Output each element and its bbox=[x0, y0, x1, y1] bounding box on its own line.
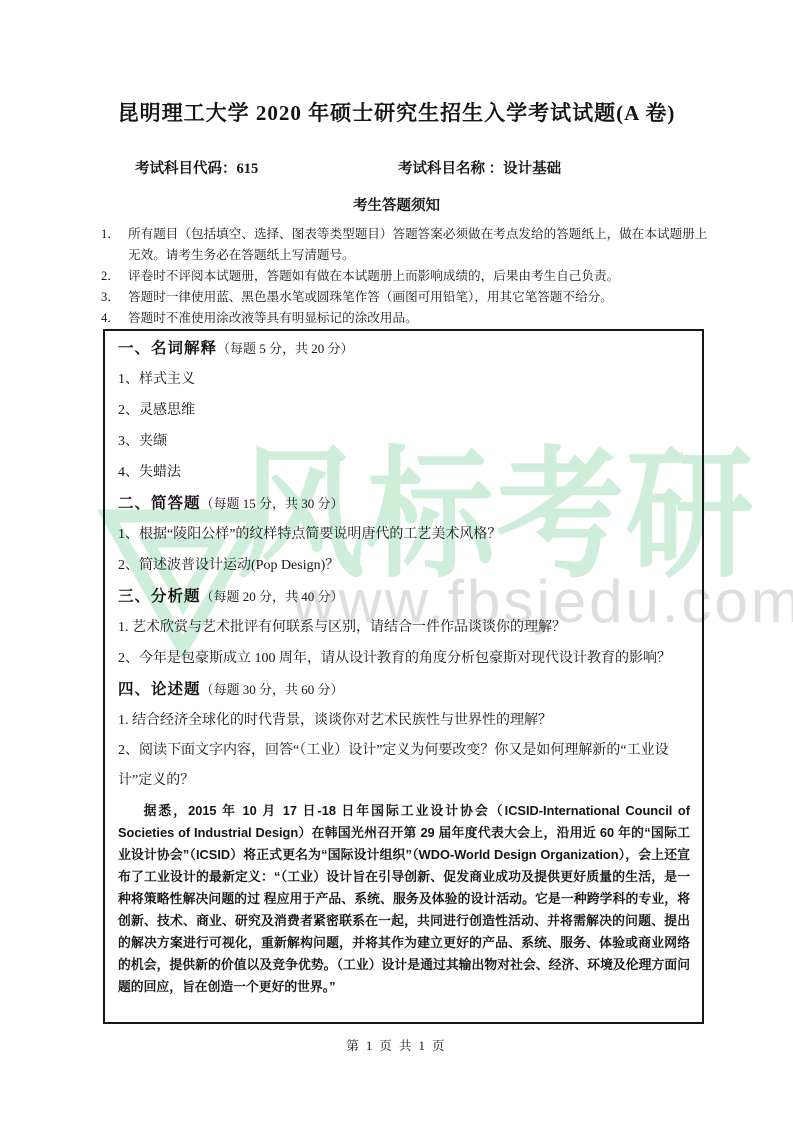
section-score-note: （每题 30 分，共 60 分） bbox=[201, 682, 344, 697]
page-number: 第 1 页 共 1 页 bbox=[0, 1036, 793, 1054]
question-item: 2、阅读下面文字内容，回答“（工业）设计”定义为何要改变？你又是如何理解新的“工… bbox=[118, 736, 690, 796]
section-title: 二、简答题 bbox=[118, 495, 201, 512]
notice-item: 4． 答题时不准使用涂改液等具有明显标记的涂改用品。 bbox=[101, 308, 713, 329]
exam-paper-page: 风标考研 www.fbsjedu.com 昆明理工大学 2020 年硕士研究生招… bbox=[0, 0, 793, 1122]
notice-item-text: 所有题目（包括填空、选择、图表等类型题目）答题答案必须做在考点发给的答题纸上，做… bbox=[128, 224, 713, 266]
question-item: 2、简述波普设计运动(Pop Design)？ bbox=[118, 550, 690, 581]
notice-item-text: 评卷时不评阅本试题册，答题如有做在本试题册上而影响成绩的，后果由考生自己负责。 bbox=[128, 266, 713, 287]
notice-item-number: 1． bbox=[101, 224, 128, 266]
reading-passage: 据悉，2015 年 10 月 17 日-18 日年国际工业设计协会（ICSID-… bbox=[118, 800, 690, 998]
question-item: 2、今年是包豪斯成立 100 周年，请从设计教育的角度分析包豪斯对现代设计教育的… bbox=[118, 643, 690, 674]
subject-code-field: 考试科目代码：615 bbox=[135, 161, 398, 178]
section-heading-analysis: 三、分析题（每题 20 分，共 40 分） bbox=[118, 581, 690, 612]
subject-name-field: 考试科目名称 ：设计基础 bbox=[398, 161, 561, 178]
notice-item: 1． 所有题目（包括填空、选择、图表等类型题目）答题答案必须做在考点发给的答题纸… bbox=[101, 224, 713, 266]
section-title: 四、论述题 bbox=[118, 681, 201, 698]
question-item: 3、夹缬 bbox=[118, 426, 690, 457]
notice-heading: 考生答题须知 bbox=[0, 198, 793, 215]
question-item: 1、根据“陵阳公样”的纹样特点简要说明唐代的工艺美术风格？ bbox=[118, 519, 690, 550]
question-item: 1、样式主义 bbox=[118, 364, 690, 395]
notice-item-number: 3． bbox=[101, 287, 128, 308]
subject-meta-row: 考试科目代码：615 考试科目名称 ：设计基础 bbox=[135, 161, 793, 178]
subject-code-value: 615 bbox=[237, 161, 259, 177]
notice-item-number: 2． bbox=[101, 266, 128, 287]
section-heading-essay: 四、论述题（每题 30 分，共 60 分） bbox=[118, 674, 690, 705]
section-score-note: （每题 5 分，共 20 分） bbox=[217, 341, 354, 356]
section-score-note: （每题 15 分，共 30 分） bbox=[201, 496, 344, 511]
section-score-note: （每题 20 分，共 40 分） bbox=[201, 589, 344, 604]
section-heading-short-answer: 二、简答题（每题 15 分，共 30 分） bbox=[118, 488, 690, 519]
notice-item-text: 答题时一律使用蓝、黑色墨水笔或圆珠笔作答（画图可用铅笔），用其它笔答题不给分。 bbox=[128, 287, 713, 308]
questions-box: 一、名词解释（每题 5 分，共 20 分） 1、样式主义 2、灵感思维 3、夹缬… bbox=[103, 329, 704, 1024]
notice-item: 3． 答题时一律使用蓝、黑色墨水笔或圆珠笔作答（画图可用铅笔），用其它笔答题不给… bbox=[101, 287, 713, 308]
subject-code-label: 考试科目代码： bbox=[135, 161, 237, 177]
notice-list: 1． 所有题目（包括填空、选择、图表等类型题目）答题答案必须做在考点发给的答题纸… bbox=[101, 224, 713, 329]
subject-name-value: 设计基础 bbox=[503, 161, 561, 177]
page-content: 昆明理工大学 2020 年硕士研究生招生入学考试试题(A 卷) 考试科目代码：6… bbox=[0, 0, 793, 1024]
question-item: 2、灵感思维 bbox=[118, 395, 690, 426]
notice-item: 2． 评卷时不评阅本试题册，答题如有做在本试题册上而影响成绩的，后果由考生自己负… bbox=[101, 266, 713, 287]
page-title: 昆明理工大学 2020 年硕士研究生招生入学考试试题(A 卷) bbox=[0, 0, 793, 127]
question-item: 1. 结合经济全球化的时代背景，谈谈你对艺术民族性与世界性的理解？ bbox=[118, 705, 690, 736]
section-title: 三、分析题 bbox=[118, 588, 201, 605]
question-item: 1. 艺术欣赏与艺术批评有何联系与区别，请结合一件作品谈谈你的理解？ bbox=[118, 612, 690, 643]
section-title: 一、名词解释 bbox=[118, 340, 217, 357]
notice-item-number: 4． bbox=[101, 308, 128, 329]
subject-name-label: 考试科目名称 ： bbox=[398, 161, 503, 177]
notice-item-text: 答题时不准使用涂改液等具有明显标记的涂改用品。 bbox=[128, 308, 713, 329]
question-item: 4、失蜡法 bbox=[118, 457, 690, 488]
section-heading-terms: 一、名词解释（每题 5 分，共 20 分） bbox=[118, 333, 690, 364]
